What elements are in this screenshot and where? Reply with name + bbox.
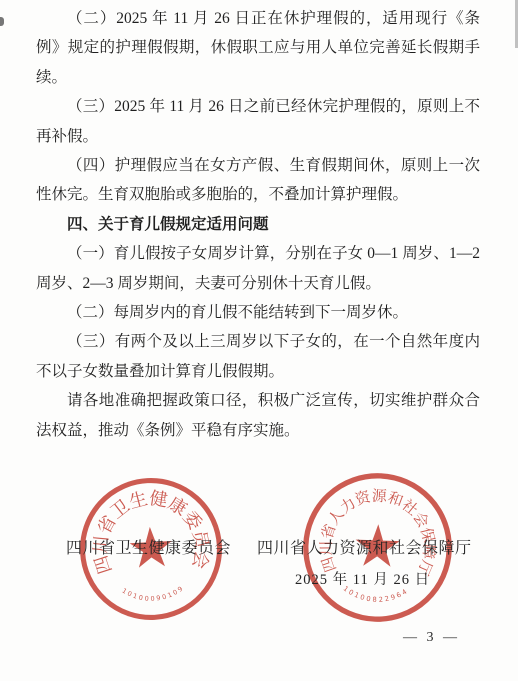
- left-signature-org: 四川省卫生健康委员会: [66, 535, 231, 558]
- page-number: — 3 —: [403, 630, 460, 646]
- paragraph: 四、关于育儿假规定适用问题: [36, 210, 480, 239]
- paragraph: （二）每周岁内的育儿假不能结转到下一周岁休。: [36, 298, 480, 327]
- document-page: （二）2025 年 11 月 26 日正在休护理假的，适用现行《条例》规定的护理…: [0, 0, 518, 681]
- paragraph: （一）育儿假按子女周岁计算，分别在子女 0—1 周岁、1—2 周岁、2—3 周岁…: [36, 239, 480, 298]
- paragraph: （三）2025 年 11 月 26 日之前已经休完护理假的，原则上不再补假。: [36, 92, 480, 151]
- document-body: （二）2025 年 11 月 26 日正在休护理假的，适用现行《条例》规定的护理…: [36, 4, 480, 445]
- paragraph: （二）2025 年 11 月 26 日正在休护理假的，适用现行《条例》规定的护理…: [36, 4, 480, 92]
- scan-smudge-artifact: [0, 17, 4, 26]
- paragraph: 请各地准确把握政策口径，积极广泛宣传，切实维护群众合法权益，推动《条例》平稳有序…: [36, 386, 480, 445]
- paragraph: （三）有两个及以上三周岁以下子女的，在一个自然年度内不以子女数量叠加计算育儿假假…: [36, 327, 480, 386]
- right-signature-org: 四川省人力资源和社会保障厅: [257, 535, 472, 558]
- signature-date: 2025 年 11 月 26 日: [295, 568, 430, 589]
- paragraph: （四）护理假应当在女方产假、生育假期间休，原则上一次性休完。生育双胞胎或多胞胎的…: [36, 151, 480, 210]
